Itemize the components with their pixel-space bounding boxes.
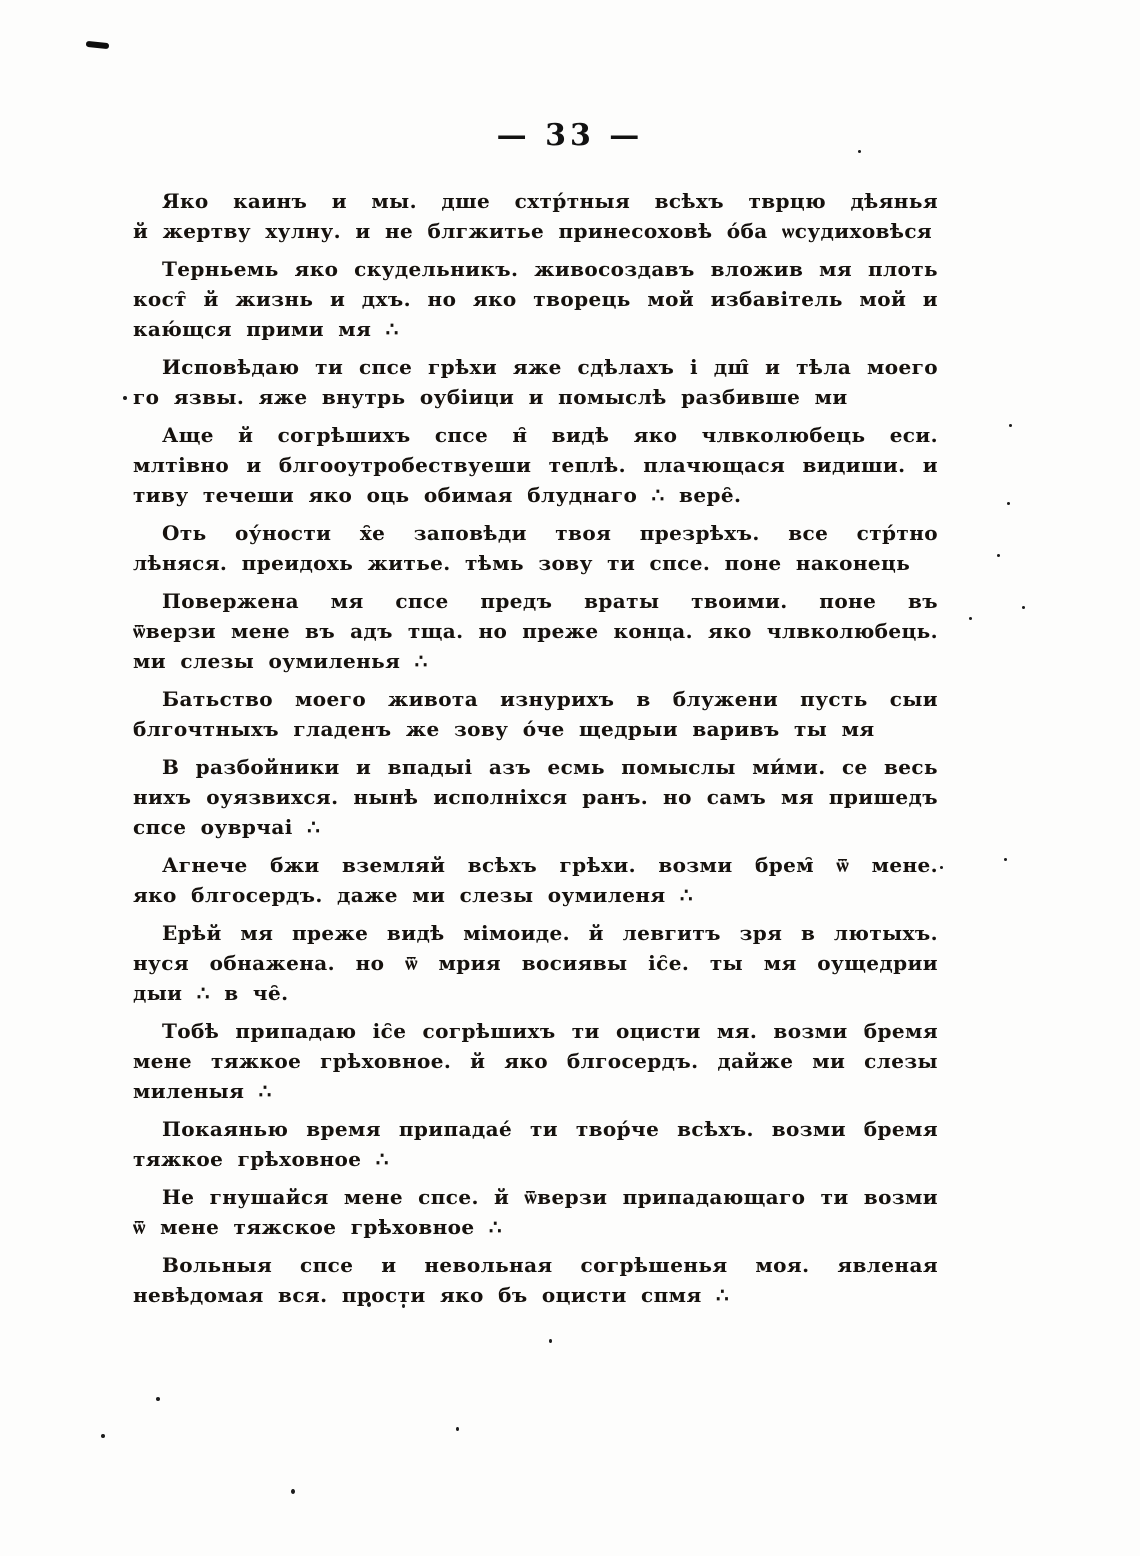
text-line: Оть оу́ности х̑е заповѣди твоя презрѣхъ.…	[133, 518, 938, 548]
text-line: нуся обнажена. но ѿ мрия восиявы іс̑е. т…	[133, 948, 938, 978]
text-line: Не гнушайся мене спсе. й ѿверзи припадаю…	[133, 1182, 938, 1212]
paragraph: Вольныя спсе и невольная согрѣшенья моя.…	[133, 1250, 938, 1310]
scan-speck	[1022, 606, 1025, 609]
text-line: й жертву хулну. и не блгжитье принесохов…	[133, 216, 938, 246]
scan-speck	[156, 1397, 160, 1401]
scanned-book-page: { "page": { "number_label": "— 33 —", "p…	[0, 0, 1140, 1556]
text-line: ѿверзи мене въ адъ тща. но преже конца. …	[133, 616, 938, 646]
text-line: яко блгосердъ. даже ми слезы оумиленя ∴	[133, 880, 938, 910]
text-line: Терньемь яко скудельникъ. живосоздавъ вл…	[133, 254, 938, 284]
paragraph: Батьство моего живота изнурихъ в блужени…	[133, 684, 938, 744]
paragraph: Тобѣ припадаю іс̑е согрѣшихъ ти оцисти м…	[133, 1016, 938, 1106]
text-line: ѿ мене тяжское грѣховное ∴	[133, 1212, 938, 1242]
paragraph: Агнече бжи вземляй всѣхъ грѣхи. возми бр…	[133, 850, 938, 910]
text-block: Яко каинъ и мы. дше схтр́тныя всѣхъ тврц…	[133, 186, 938, 1318]
text-line: ми слезы оумиленья ∴	[133, 646, 938, 676]
text-line: Ерѣй мя преже видѣ мімоиде. й левгитъ зр…	[133, 918, 938, 948]
paragraph: Яко каинъ и мы. дше схтр́тныя всѣхъ тврц…	[133, 186, 938, 246]
text-line: Исповѣдаю ти спсе грѣхи яже сдѣлахъ і дш…	[133, 352, 938, 382]
text-line: Агнече бжи вземляй всѣхъ грѣхи. возми бр…	[133, 850, 938, 880]
scan-speck	[456, 1427, 459, 1431]
text-line: Покаянью время припадае́ ти твор́че всѣх…	[133, 1114, 938, 1144]
text-line: Яко каинъ и мы. дше схтр́тныя всѣхъ тврц…	[133, 186, 938, 216]
text-line: тяжкое грѣховное ∴	[133, 1144, 938, 1174]
text-line: миленыя ∴	[133, 1076, 938, 1106]
paragraph: Терньемь яко скудельникъ. живосоздавъ вл…	[133, 254, 938, 344]
text-line: спсе оуврчаі ∴	[133, 812, 938, 842]
text-line: тиву течеши яко оць обимая блуднаго ∴ ве…	[133, 480, 938, 510]
paragraph: В разбойники и впадыі азъ есмь помыслы м…	[133, 752, 938, 842]
scan-speck	[1009, 424, 1012, 427]
text-line: В разбойники и впадыі азъ есмь помыслы м…	[133, 752, 938, 782]
ink-smudge	[86, 41, 110, 49]
text-line: каю́щся прими мя ∴	[133, 314, 938, 344]
scan-speck	[101, 1434, 105, 1438]
text-line: блгочтныхъ гладенъ же зову о́че щедрыи в…	[133, 714, 938, 744]
page-number: — 33 —	[0, 118, 1140, 153]
text-line: Тобѣ припадаю іс̑е согрѣшихъ ти оцисти м…	[133, 1016, 938, 1046]
text-line: го язвы. яже внутрь оубіици и помыслѣ ра…	[133, 382, 938, 412]
text-line: дыи ∴ в че̑.	[133, 978, 938, 1008]
text-line: млтівно и блгооутробествуеши теплѣ. плач…	[133, 450, 938, 480]
paragraph: Исповѣдаю ти спсе грѣхи яже сдѣлахъ і дш…	[133, 352, 938, 412]
scan-speck	[940, 866, 943, 869]
text-line: Батьство моего живота изнурихъ в блужени…	[133, 684, 938, 714]
scan-speck	[969, 617, 972, 620]
scan-speck	[291, 1489, 295, 1494]
text-line: лѣняся. преидохь житье. тѣмь зову ти спс…	[133, 548, 938, 578]
text-line: мене тяжкое грѣховное. й яко блгосердъ. …	[133, 1046, 938, 1076]
paragraph: Покаянью время припадае́ ти твор́че всѣх…	[133, 1114, 938, 1174]
text-line: нихъ оуязвихся. нынѣ исполніхся ранъ. но…	[133, 782, 938, 812]
scan-speck	[549, 1339, 552, 1343]
scan-speck	[858, 150, 861, 153]
text-line: Аще й согрѣшихъ спсе н̑ видѣ яко члвколю…	[133, 420, 938, 450]
scan-speck	[123, 396, 127, 400]
scan-speck	[1007, 502, 1010, 505]
scan-speck	[402, 1304, 405, 1308]
text-line: Вольныя спсе и невольная согрѣшенья моя.…	[133, 1250, 938, 1280]
scan-speck	[367, 1302, 371, 1307]
scan-speck	[997, 554, 1000, 557]
paragraph: Аще й согрѣшихъ спсе н̑ видѣ яко члвколю…	[133, 420, 938, 510]
paragraph: Ерѣй мя преже видѣ мімоиде. й левгитъ зр…	[133, 918, 938, 1008]
text-line: Повержена мя спсе предъ враты твоими. по…	[133, 586, 938, 616]
paragraph: Повержена мя спсе предъ враты твоими. по…	[133, 586, 938, 676]
text-line: кост̑ й жизнь и дхъ. но яко творець мой …	[133, 284, 938, 314]
text-line: невѣдомая вся. прости яко бъ оцисти спмя…	[133, 1280, 938, 1310]
paragraph: Не гнушайся мене спсе. й ѿверзи припадаю…	[133, 1182, 938, 1242]
scan-speck	[1004, 858, 1007, 861]
paragraph: Оть оу́ности х̑е заповѣди твоя презрѣхъ.…	[133, 518, 938, 578]
